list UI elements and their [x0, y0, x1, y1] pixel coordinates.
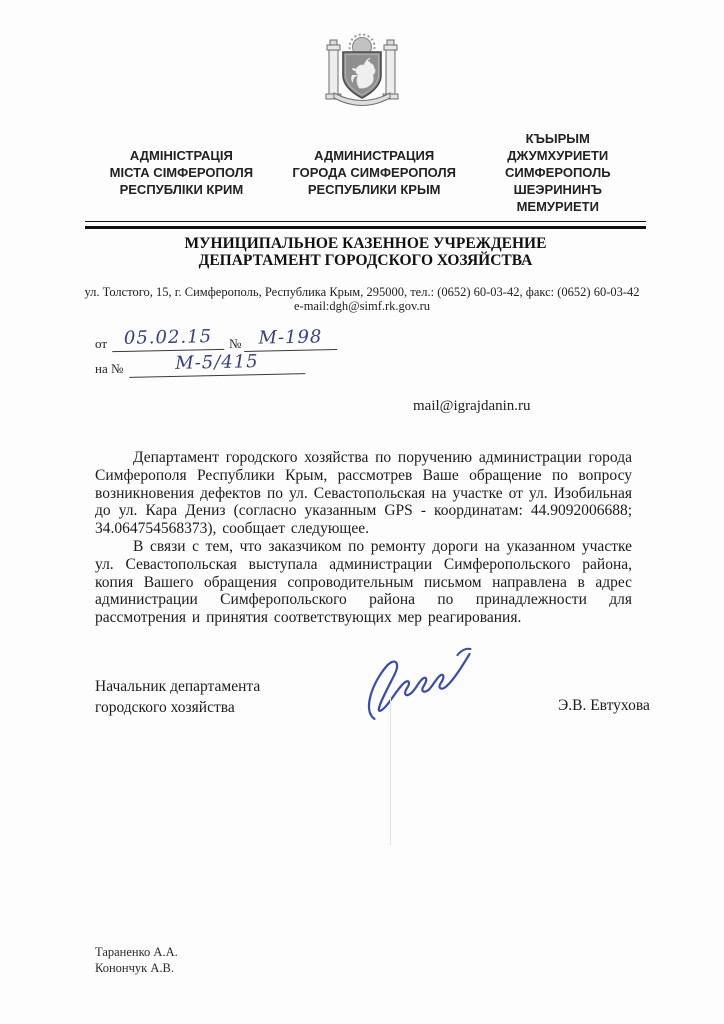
- ref-reply-label: на №: [95, 361, 123, 377]
- address-email-line: e-mail:dgh@simf.rk.gov.ru: [42, 299, 682, 313]
- handwritten-signature: [352, 646, 502, 732]
- signer-position: Начальник департамента городского хозяйс…: [95, 676, 260, 718]
- ref-reply-handwritten-value: М-5/415: [129, 350, 305, 378]
- organization-title: МУНИЦИПАЛЬНОЕ КАЗЕННОЕ УЧРЕЖДЕНИЕ ДЕПАРТ…: [85, 235, 646, 269]
- address-contact-line: ул. Толстого, 15, г. Симферополь, Респуб…: [42, 285, 682, 299]
- ref-number-label: №: [229, 336, 241, 352]
- signer-name: Э.В. Евтухова: [558, 697, 650, 715]
- letter-body: Департамент городского хозяйства по пору…: [95, 449, 632, 627]
- scan-artifact-line: [390, 697, 391, 845]
- organization-title-line2: ДЕПАРТАМЕНТ ГОРОДСКОГО ХОЗЯЙСТВА: [85, 252, 646, 269]
- signer-position-line2: городского хозяйства: [95, 697, 260, 718]
- ref-number-handwritten-value: М-198: [244, 326, 337, 352]
- letterhead-line: ГОРОДА СИМФЕРОПОЛЯ: [278, 164, 471, 181]
- letterhead-divider-rule: [85, 221, 646, 229]
- letterhead-column-russian: АДМИНИСТРАЦИЯ ГОРОДА СИМФЕРОПОЛЯ РЕСПУБЛ…: [278, 147, 471, 198]
- letterhead-line: ШЕЭРИНИНЪ: [471, 181, 645, 198]
- recipient-email: mail@igrajdanin.ru: [413, 398, 531, 415]
- ref-date-label: от: [95, 336, 107, 352]
- executor-name-2: Конончук А.В.: [95, 961, 178, 977]
- letterhead-line: КЪЫРЫМ: [471, 130, 645, 147]
- letterhead-column-crimean-tatar: КЪЫРЫМ ДЖУМХУРИЕТИ СИМФЕРОПОЛЬ ШЕЭРИНИНЪ…: [471, 130, 645, 215]
- letterhead-line: СИМФЕРОПОЛЬ: [471, 164, 645, 181]
- letterhead-line: РЕСПУБЛІКИ КРИМ: [85, 181, 278, 198]
- letterhead-line: АДМИНИСТРАЦИЯ: [278, 147, 471, 164]
- body-paragraph-1: Департамент городского хозяйства по пору…: [95, 449, 632, 538]
- letterhead-line: АДМІНІСТРАЦІЯ: [85, 147, 278, 164]
- letterhead-columns: АДМІНІСТРАЦІЯ МІСТА СІМФЕРОПОЛЯ РЕСПУБЛІ…: [85, 124, 645, 220]
- letterhead-column-ukrainian: АДМІНІСТРАЦІЯ МІСТА СІМФЕРОПОЛЯ РЕСПУБЛІ…: [85, 147, 278, 198]
- signer-position-line1: Начальник департамента: [95, 676, 260, 697]
- letterhead-line: РЕСПУБЛИКИ КРЫМ: [278, 181, 471, 198]
- organization-title-line1: МУНИЦИПАЛЬНОЕ КАЗЕННОЕ УЧРЕЖДЕНИЕ: [85, 235, 646, 252]
- body-paragraph-2: В связи с тем, что заказчиком по ремонту…: [95, 538, 632, 627]
- ref-date-handwritten-value: 05.02.15: [112, 326, 224, 352]
- letterhead-line: ДЖУМХУРИЕТИ: [471, 147, 645, 164]
- official-letter-page: АДМІНІСТРАЦІЯ МІСТА СІМФЕРОПОЛЯ РЕСПУБЛІ…: [0, 0, 724, 1024]
- executor-name-1: Тараненко А.А.: [95, 945, 178, 961]
- letterhead-line: МІСТА СІМФЕРОПОЛЯ: [85, 164, 278, 181]
- letterhead-line: МЕМУРИЕТИ: [471, 198, 645, 215]
- crimea-coat-of-arms-icon: [322, 31, 402, 115]
- executors-list: Тараненко А.А. Конончук А.В.: [95, 945, 178, 976]
- organization-address: ул. Толстого, 15, г. Симферополь, Респуб…: [42, 285, 682, 313]
